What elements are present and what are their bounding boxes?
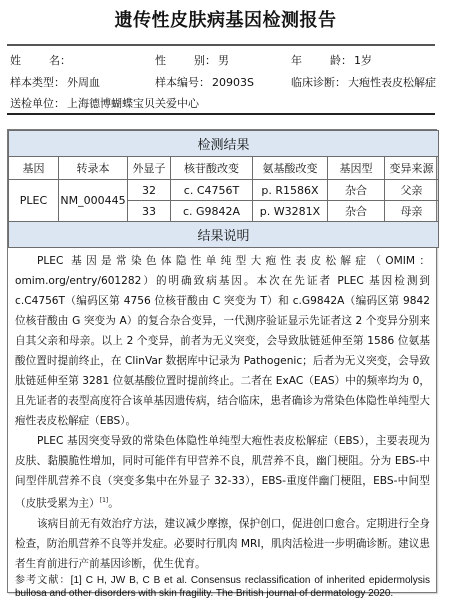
sample-id-label: 样本编号: [155, 74, 199, 90]
nucleotide-cell: c. C4756T: [171, 180, 253, 201]
sample-id-value: 20903S: [212, 76, 254, 89]
diagnosis-value: 大疱性表皮松解症: [348, 76, 436, 89]
submitter-label: 送检单位: [10, 95, 54, 111]
col-header-transcript: 转录本: [59, 157, 128, 180]
results-header-row: 基因 转录本 外显子 核苷酸改变 氨基酸改变 基因型 变异来源: [9, 157, 439, 180]
diagnosis-label: 临床诊断: [291, 74, 335, 90]
gender-value: 男: [218, 54, 229, 67]
report-title: 遗传性皮肤病基因检测报告: [0, 6, 451, 32]
explanation-section-title: 结果说明: [9, 222, 439, 248]
report-body-box: 检测结果 基因 转录本 外显子 核苷酸改变 氨基酸改变 基因型 变异来源 PLE…: [7, 129, 437, 593]
col-header-origin: 变异来源: [385, 157, 439, 180]
age-value: 1岁: [354, 54, 372, 67]
results-section-title: 检测结果: [9, 131, 439, 157]
col-header-amino-acid: 氨基酸改变: [253, 157, 328, 180]
sample-id-field: 样本编号：20903S: [155, 74, 254, 90]
patient-gender-field: 性别：男: [155, 52, 229, 68]
amino-acid-cell: p. W3281X: [253, 201, 328, 222]
origin-cell: 父亲: [385, 180, 439, 201]
patient-name-field: 姓名：: [10, 52, 73, 68]
gene-cell: PLEC: [9, 180, 59, 222]
gender-label: 性别: [155, 52, 205, 68]
col-header-exon: 外显子: [128, 157, 171, 180]
reference: 参考文献：[1] C H, JW B, C B et al. Consensus…: [15, 574, 430, 600]
col-header-gene: 基因: [9, 157, 59, 180]
sample-type-label: 样本类型: [10, 74, 54, 90]
submitter-value: 上海德博蝴蝶宝贝关爱中心: [67, 97, 199, 110]
sample-type-value: 外周血: [67, 76, 100, 89]
genotype-cell: 杂合: [328, 201, 385, 222]
age-label: 年龄: [291, 52, 341, 68]
nucleotide-cell: c. G9842A: [171, 201, 253, 222]
col-header-nucleotide: 核苷酸改变: [171, 157, 253, 180]
explanation-paragraph-1: PLEC 基因是常染色体隐性单纯型大疱性表皮松解症（OMIM：omim.org/…: [15, 251, 430, 431]
explanation-paragraph-3: 该病目前无有效治疗方法，建议减少摩擦，保护创口，促进创口愈合。定期进行全身检查，…: [15, 514, 430, 574]
results-table: 检测结果 基因 转录本 外显子 核苷酸改变 氨基酸改变 基因型 变异来源 PLE…: [8, 130, 439, 248]
clinical-diagnosis-field: 临床诊断：大疱性表皮松解症: [291, 74, 436, 90]
explanation-paragraph-2: PLEC 基因突变导致的常染色体隐性单纯型大疱性表皮松解症（EBS），主要表现为…: [15, 431, 430, 514]
col-header-genotype: 基因型: [328, 157, 385, 180]
reference-text: [1] C H, JW B, C B et al. Consensus recl…: [15, 575, 430, 600]
name-label: 姓名: [10, 52, 60, 68]
origin-cell: 母亲: [385, 201, 439, 222]
submitter-field: 送检单位：上海德博蝴蝶宝贝关爱中心: [10, 95, 199, 111]
header-divider-bottom: [7, 113, 435, 115]
patient-age-field: 年龄：1岁: [291, 52, 372, 68]
header-divider-top: [7, 44, 435, 46]
exon-cell: 33: [128, 201, 171, 222]
reference-label: 参考文献：: [15, 575, 71, 586]
transcript-cell: NM_000445: [59, 180, 128, 222]
table-row: PLEC NM_000445 32 c. C4756T p. R1586X 杂合…: [9, 180, 439, 201]
amino-acid-cell: p. R1586X: [253, 180, 328, 201]
sample-type-field: 样本类型：外周血: [10, 74, 100, 90]
genotype-cell: 杂合: [328, 180, 385, 201]
explanation-body: PLEC 基因是常染色体隐性单纯型大疱性表皮松解症（OMIM：omim.org/…: [8, 248, 436, 600]
exon-cell: 32: [128, 180, 171, 201]
citation-marker: [1]: [100, 497, 109, 504]
